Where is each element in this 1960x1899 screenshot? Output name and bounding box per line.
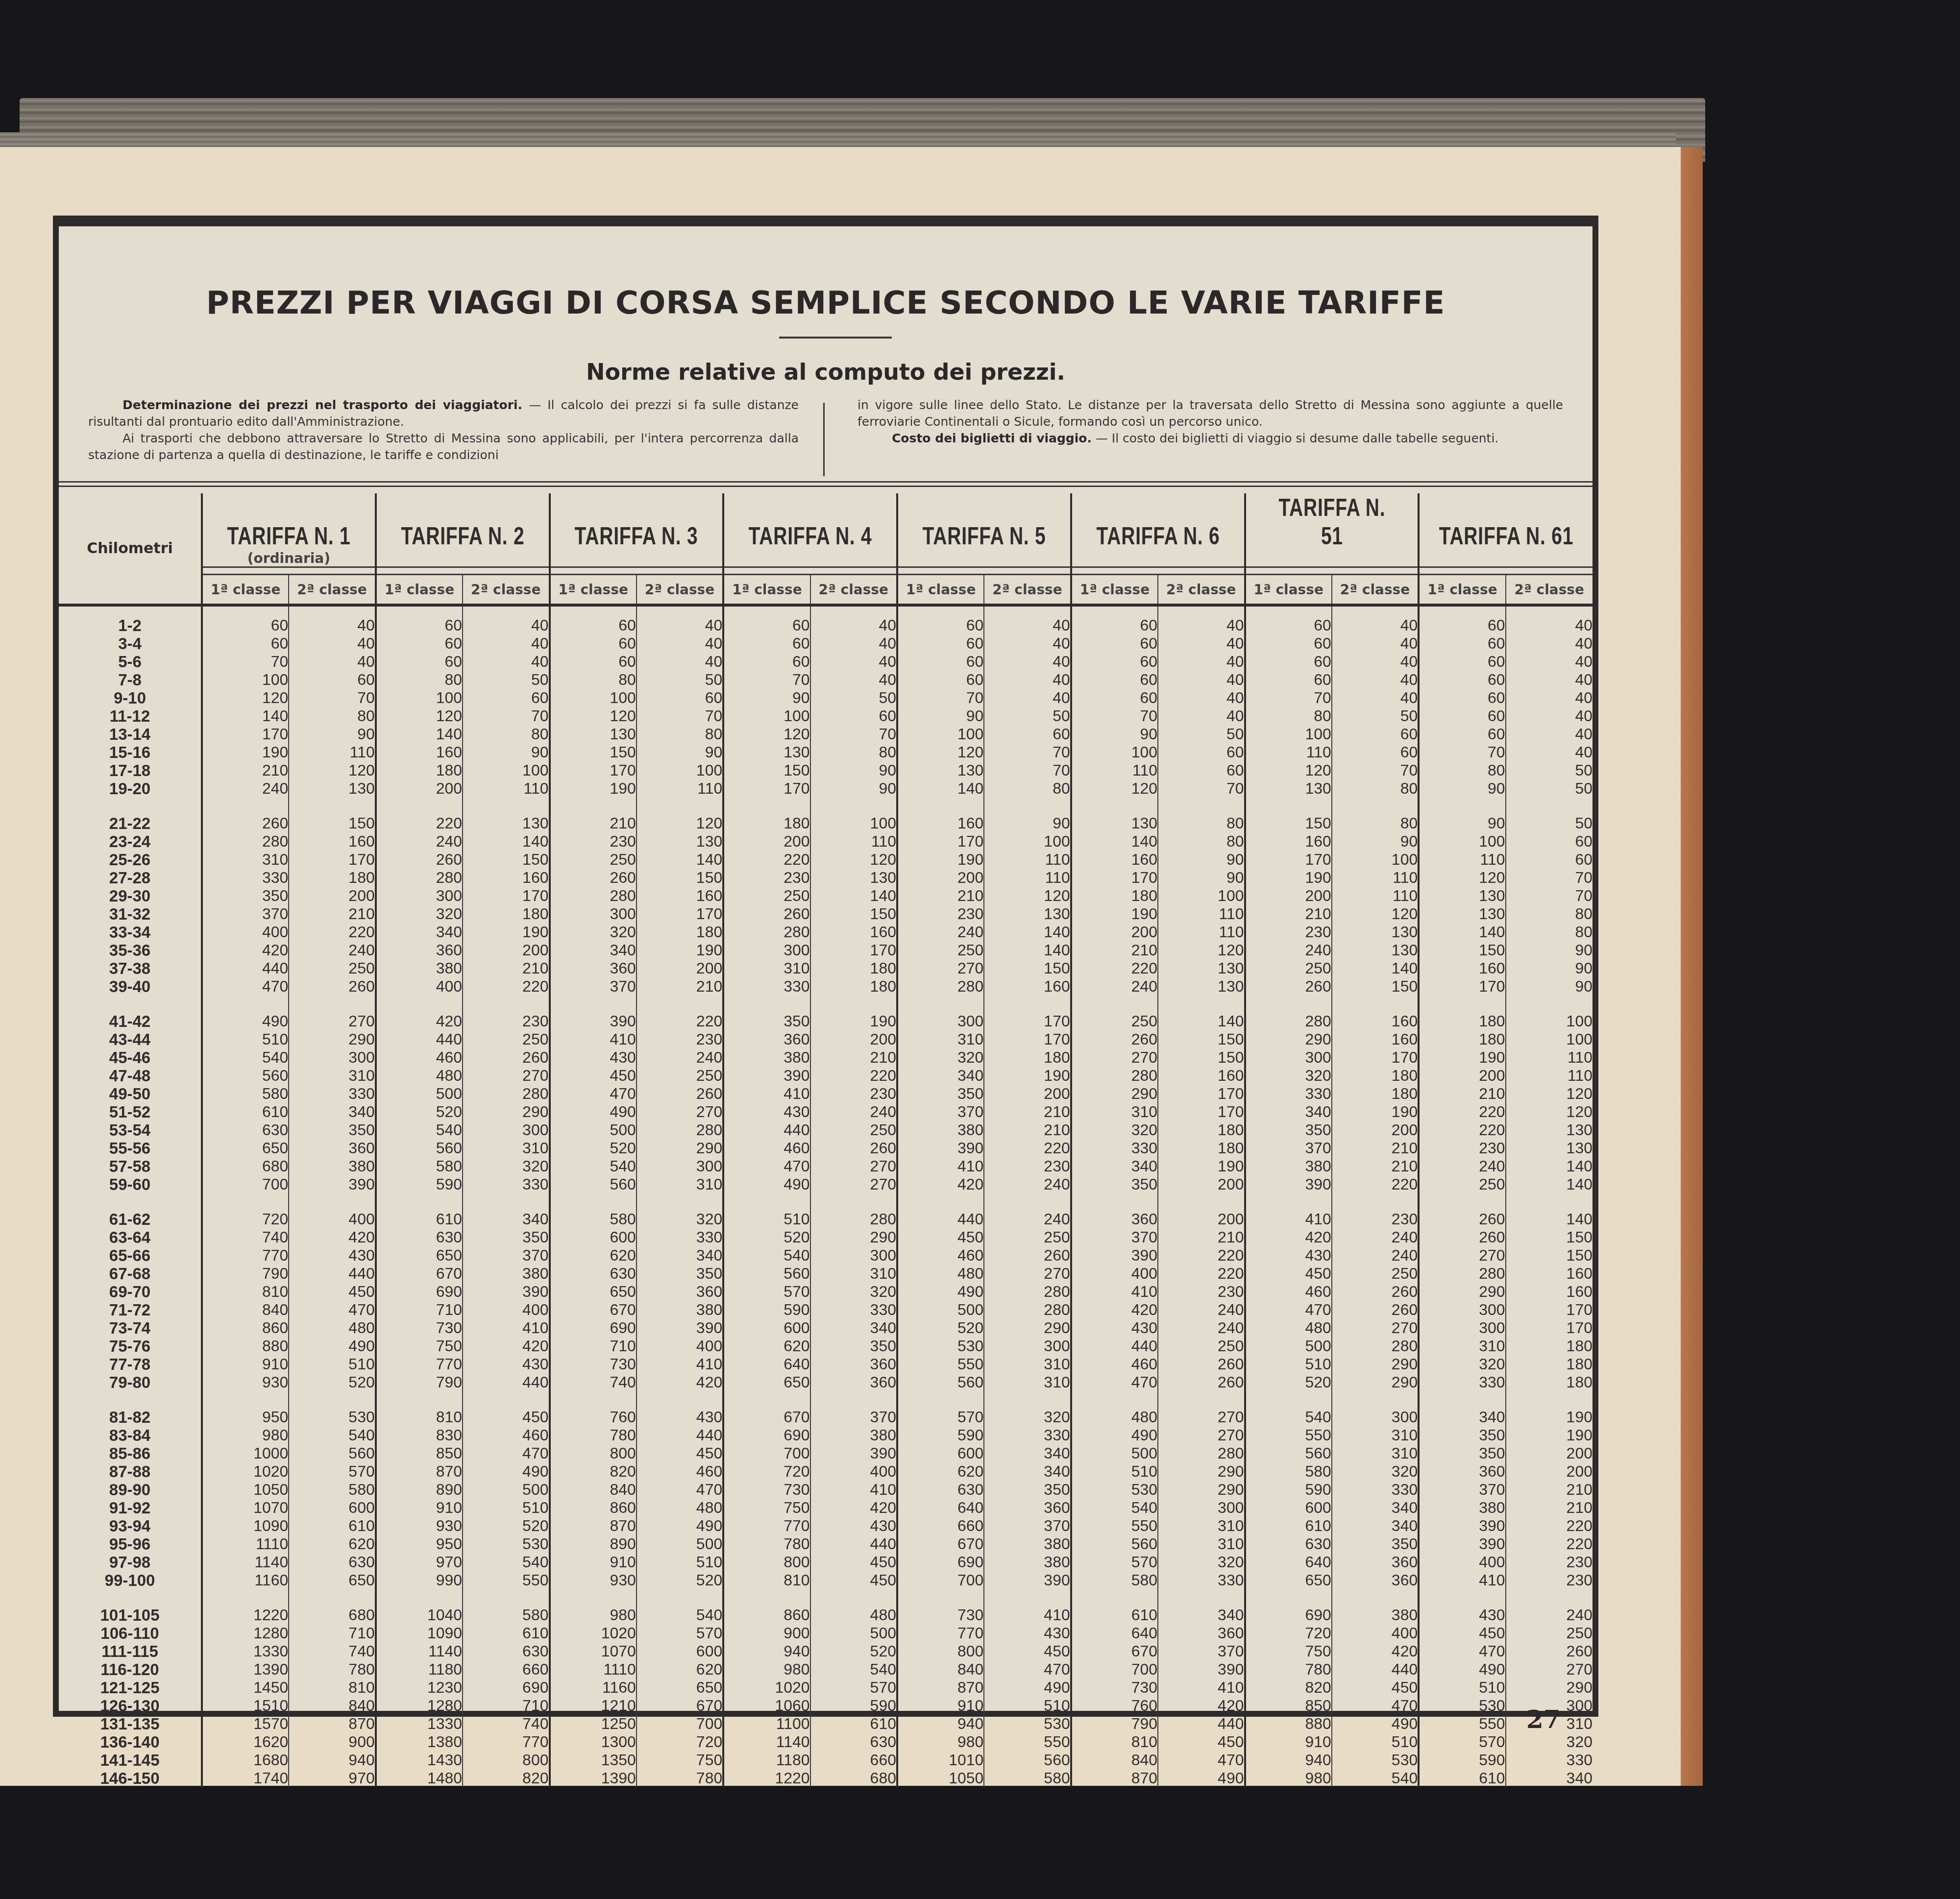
price-cell: 490 <box>1071 1426 1158 1444</box>
price-cell: 220 <box>723 851 810 869</box>
price-cell: 310 <box>1158 1535 1245 1553</box>
price-cell: 90 <box>1506 941 1592 959</box>
km-range: 39-40 <box>59 977 202 996</box>
price-cell: 220 <box>1158 1265 1245 1283</box>
price-cell: 150 <box>463 851 549 869</box>
tariff-subtitle <box>1072 550 1244 566</box>
price-cell: 860 <box>550 1499 637 1517</box>
price-cell: 270 <box>289 996 375 1030</box>
price-cell: 910 <box>1245 1733 1332 1751</box>
price-cell: 980 <box>897 1733 984 1751</box>
price-cell: 160 <box>810 923 897 941</box>
price-cell: 120 <box>1506 1085 1592 1103</box>
price-cell: 300 <box>463 1121 549 1139</box>
price-cell: 170 <box>463 887 549 905</box>
km-range: 126-130 <box>59 1697 202 1715</box>
price-cell: 60 <box>1419 634 1505 653</box>
price-cell: 150 <box>1506 1228 1592 1246</box>
price-cell: 370 <box>550 977 637 996</box>
table-row: 131-135157087013307401250700110061094053… <box>59 1715 1592 1733</box>
price-cell: 470 <box>550 1085 637 1103</box>
price-cell: 90 <box>810 779 897 798</box>
price-cell: 580 <box>1245 1462 1332 1481</box>
price-cell: 380 <box>1245 1157 1332 1175</box>
price-cell: 350 <box>637 1265 723 1283</box>
table-row: 81-8295053081045076043067037057032048027… <box>59 1391 1592 1426</box>
price-cell: 220 <box>1419 1103 1505 1121</box>
class-header-1: 1ª classe <box>723 575 810 606</box>
price-cell: 520 <box>463 1517 549 1535</box>
km-range: 11-12 <box>59 707 202 725</box>
price-cell: 250 <box>637 1067 723 1085</box>
price-cell: 460 <box>1245 1283 1332 1301</box>
price-cell: 340 <box>637 1246 723 1265</box>
table-row: 29-3035020030017028016025014021012018010… <box>59 887 1592 905</box>
price-cell: 530 <box>984 1715 1071 1733</box>
price-cell: 310 <box>202 851 289 869</box>
price-cell: 180 <box>1506 1337 1592 1355</box>
tariff-name: TARIFFA N. 4 <box>749 522 872 550</box>
price-cell: 170 <box>202 725 289 743</box>
price-cell: 250 <box>1071 996 1158 1030</box>
price-cell: 70 <box>1332 761 1419 779</box>
table-row: 37-3844025038021036020031018027015022013… <box>59 959 1592 977</box>
price-cell: 650 <box>723 1373 810 1391</box>
price-cell: 70 <box>1506 887 1592 905</box>
price-cell: 100 <box>810 798 897 832</box>
price-cell: 320 <box>376 905 463 923</box>
price-cell: 600 <box>897 1444 984 1462</box>
price-cell: 350 <box>289 1121 375 1139</box>
table-row: 5-670406040604060406040604060406040 <box>59 653 1592 671</box>
price-cell: 330 <box>202 869 289 887</box>
price-cell: 60 <box>1419 707 1505 725</box>
price-cell: 700 <box>1071 1660 1158 1679</box>
price-cell: 560 <box>1071 1535 1158 1553</box>
km-range: 35-36 <box>59 941 202 959</box>
price-cell: 450 <box>810 1553 897 1571</box>
price-cell: 790 <box>1071 1715 1158 1733</box>
price-cell: 280 <box>984 1283 1071 1301</box>
price-cell: 120 <box>202 689 289 707</box>
price-cell: 790 <box>202 1265 289 1283</box>
price-cell: 40 <box>984 689 1071 707</box>
price-cell: 80 <box>1332 798 1419 832</box>
price-cell: 340 <box>1419 1391 1505 1426</box>
price-cell: 560 <box>984 1751 1071 1769</box>
price-cell: 180 <box>1071 887 1158 905</box>
price-cell: 350 <box>1245 1121 1332 1139</box>
price-cell: 600 <box>289 1499 375 1517</box>
price-cell: 110 <box>463 779 549 798</box>
price-cell: 530 <box>463 1535 549 1553</box>
price-cell: 260 <box>289 977 375 996</box>
price-cell: 320 <box>463 1157 549 1175</box>
price-cell: 490 <box>289 1337 375 1355</box>
price-cell: 410 <box>1245 1193 1332 1228</box>
km-range: 57-58 <box>59 1157 202 1175</box>
price-cell: 60 <box>1245 671 1332 689</box>
price-cell: 180 <box>723 798 810 832</box>
price-cell: 300 <box>1419 1319 1505 1337</box>
price-cell: 200 <box>376 779 463 798</box>
km-range: 1-2 <box>59 605 202 634</box>
price-cell: 450 <box>289 1283 375 1301</box>
price-cell: 260 <box>376 851 463 869</box>
price-cell: 140 <box>637 851 723 869</box>
price-cell: 100 <box>1332 851 1419 869</box>
price-cell: 450 <box>810 1571 897 1589</box>
price-cell: 150 <box>550 743 637 761</box>
price-cell: 750 <box>376 1337 463 1355</box>
price-cell: 120 <box>550 707 637 725</box>
price-cell: 470 <box>289 1301 375 1319</box>
price-cell: 330 <box>1158 1571 1245 1589</box>
price-cell: 80 <box>984 779 1071 798</box>
table-row: 77-7891051077043073041064036055031046026… <box>59 1355 1592 1373</box>
price-cell: 410 <box>1071 1283 1158 1301</box>
price-cell: 130 <box>463 798 549 832</box>
price-cell: 40 <box>1158 671 1245 689</box>
price-cell: 740 <box>550 1373 637 1391</box>
price-cell: 120 <box>1071 779 1158 798</box>
price-cell: 290 <box>1071 1085 1158 1103</box>
price-cell: 120 <box>376 707 463 725</box>
price-cell: 910 <box>376 1499 463 1517</box>
price-cell: 300 <box>1332 1391 1419 1426</box>
price-cell: 370 <box>1158 1642 1245 1660</box>
class-header-1: 1ª classe <box>550 575 637 606</box>
price-cell: 210 <box>550 798 637 832</box>
price-cell: 200 <box>1245 887 1332 905</box>
price-cell: 460 <box>637 1462 723 1481</box>
price-cell: 190 <box>1419 1048 1505 1067</box>
price-cell: 40 <box>1332 689 1419 707</box>
price-cell: 480 <box>1071 1391 1158 1426</box>
price-cell: 80 <box>1506 923 1592 941</box>
price-cell: 390 <box>1419 1535 1505 1553</box>
price-cell: 480 <box>897 1265 984 1283</box>
price-cell: 330 <box>1332 1481 1419 1499</box>
price-cell: 230 <box>1506 1571 1592 1589</box>
table-row: 63-6474042063035060033052029045025037021… <box>59 1228 1592 1246</box>
km-range: 31-32 <box>59 905 202 923</box>
price-cell: 400 <box>1332 1624 1419 1642</box>
price-cell: 580 <box>463 1589 549 1624</box>
price-cell: 940 <box>723 1642 810 1660</box>
price-cell: 390 <box>810 1444 897 1462</box>
price-cell: 850 <box>1245 1697 1332 1715</box>
price-cell: 170 <box>1506 1301 1592 1319</box>
km-range: 49-50 <box>59 1085 202 1103</box>
price-cell: 440 <box>810 1535 897 1553</box>
price-cell: 1680 <box>202 1751 289 1769</box>
price-cell: 40 <box>810 605 897 634</box>
price-cell: 280 <box>1419 1265 1505 1283</box>
price-cell: 880 <box>1245 1715 1332 1733</box>
price-cell: 150 <box>1419 941 1505 959</box>
price-cell: 380 <box>1332 1589 1419 1624</box>
price-cell: 300 <box>289 1048 375 1067</box>
price-cell: 550 <box>984 1733 1071 1751</box>
price-cell: 40 <box>289 605 375 634</box>
price-cell: 670 <box>897 1535 984 1553</box>
price-cell: 540 <box>637 1589 723 1624</box>
price-cell: 370 <box>202 905 289 923</box>
price-cell: 60 <box>1245 634 1332 653</box>
price-cell: 200 <box>897 869 984 887</box>
price-cell: 1020 <box>550 1624 637 1642</box>
price-cell: 1180 <box>723 1751 810 1769</box>
km-range: 21-22 <box>59 798 202 832</box>
km-range: 85-86 <box>59 1444 202 1462</box>
table-row: 61-6272040061034058032051028044024036020… <box>59 1193 1592 1228</box>
price-cell: 70 <box>984 761 1071 779</box>
price-cell: 70 <box>1245 689 1332 707</box>
price-cell: 340 <box>810 1319 897 1337</box>
price-cell: 60 <box>1332 743 1419 761</box>
price-cell: 310 <box>463 1139 549 1157</box>
tariff-header-rule <box>897 567 1071 575</box>
price-cell: 220 <box>637 996 723 1030</box>
price-cell: 300 <box>897 996 984 1030</box>
price-cell: 220 <box>810 1067 897 1085</box>
price-cell: 980 <box>550 1589 637 1624</box>
price-cell: 230 <box>1332 1193 1419 1228</box>
tariff-subtitle <box>1420 550 1592 566</box>
price-cell: 190 <box>1506 1426 1592 1444</box>
table-row: 25-2631017026015025014022012019011016090… <box>59 851 1592 869</box>
price-cell: 190 <box>1245 869 1332 887</box>
price-cell: 40 <box>1332 671 1419 689</box>
price-cell: 140 <box>1419 923 1505 941</box>
price-cell: 650 <box>376 1246 463 1265</box>
price-cell: 450 <box>1245 1265 1332 1283</box>
price-cell: 50 <box>1332 707 1419 725</box>
tariff-header-4: TARIFFA N. 4 <box>723 493 897 567</box>
price-cell: 840 <box>897 1660 984 1679</box>
price-cell: 170 <box>723 779 810 798</box>
price-cell: 1050 <box>202 1481 289 1499</box>
price-cell: 1160 <box>202 1571 289 1589</box>
tariff-subtitle <box>724 550 896 566</box>
price-cell: 120 <box>897 743 984 761</box>
price-cell: 360 <box>810 1373 897 1391</box>
price-cell: 260 <box>810 1139 897 1157</box>
table-row: 65-6677043065037062034054030046026039022… <box>59 1246 1592 1265</box>
price-cell: 530 <box>1419 1697 1505 1715</box>
price-cell: 340 <box>376 923 463 941</box>
price-cell: 580 <box>984 1769 1071 1787</box>
class-header-2: 2ª classe <box>289 575 375 606</box>
price-cell: 640 <box>1071 1624 1158 1642</box>
price-cell: 390 <box>1158 1660 1245 1679</box>
tariff-name: TARIFFA N. 51 <box>1265 493 1399 550</box>
table-row: 57-5868038058032054030047027041023034019… <box>59 1157 1592 1175</box>
price-cell: 250 <box>984 1228 1071 1246</box>
price-cell: 430 <box>810 1517 897 1535</box>
price-cell: 80 <box>463 725 549 743</box>
class-header-1: 1ª classe <box>1071 575 1158 606</box>
price-cell: 320 <box>1071 1121 1158 1139</box>
price-cell: 60 <box>1419 653 1505 671</box>
price-cell: 130 <box>1158 977 1245 996</box>
km-range: 7-8 <box>59 671 202 689</box>
tariff-subtitle: (ordinaria) <box>203 550 375 566</box>
price-cell: 830 <box>376 1426 463 1444</box>
price-cell: 670 <box>637 1697 723 1715</box>
price-cell: 470 <box>1158 1751 1245 1769</box>
price-cell: 100 <box>897 725 984 743</box>
price-cell: 140 <box>984 941 1071 959</box>
price-cell: 40 <box>984 605 1071 634</box>
price-cell: 990 <box>376 1571 463 1589</box>
price-cell: 710 <box>376 1301 463 1319</box>
price-cell: 510 <box>1071 1462 1158 1481</box>
price-cell: 330 <box>984 1426 1071 1444</box>
price-cell: 290 <box>637 1139 723 1157</box>
price-cell: 900 <box>723 1624 810 1642</box>
norme-text-stretto: Ai trasporti che debbono attraversare lo… <box>88 430 799 463</box>
price-cell: 120 <box>810 851 897 869</box>
km-range: 43-44 <box>59 1030 202 1048</box>
price-cell: 610 <box>289 1517 375 1535</box>
price-cell: 210 <box>637 977 723 996</box>
price-cell: 510 <box>984 1697 1071 1715</box>
price-cell: 290 <box>1332 1355 1419 1373</box>
price-cell: 210 <box>289 905 375 923</box>
price-cell: 210 <box>1506 1499 1592 1517</box>
price-cell: 60 <box>550 634 637 653</box>
price-cell: 270 <box>1419 1246 1505 1265</box>
price-cell: 440 <box>463 1373 549 1391</box>
price-cell: 110 <box>637 779 723 798</box>
price-cell: 400 <box>289 1193 375 1228</box>
price-cell: 200 <box>1158 1193 1245 1228</box>
table-row: 21-2226015022013021012018010016090130801… <box>59 798 1592 832</box>
price-cell: 70 <box>897 689 984 707</box>
price-cell: 250 <box>723 887 810 905</box>
km-range: 37-38 <box>59 959 202 977</box>
price-cell: 60 <box>1158 761 1245 779</box>
km-range: 29-30 <box>59 887 202 905</box>
price-cell: 690 <box>463 1679 549 1697</box>
price-cell: 310 <box>810 1265 897 1283</box>
price-cell: 150 <box>289 798 375 832</box>
price-cell: 540 <box>810 1660 897 1679</box>
price-cell: 380 <box>637 1301 723 1319</box>
price-cell: 310 <box>1158 1517 1245 1535</box>
class-header-2: 2ª classe <box>463 575 549 606</box>
price-cell: 420 <box>1158 1697 1245 1715</box>
price-cell: 390 <box>1245 1175 1332 1193</box>
price-cell: 510 <box>723 1193 810 1228</box>
table-row: 93-9410906109305208704907704306603705503… <box>59 1517 1592 1535</box>
km-range: 89-90 <box>59 1481 202 1499</box>
price-cell: 110 <box>1332 869 1419 887</box>
price-cell: 980 <box>723 1660 810 1679</box>
price-cell: 460 <box>1071 1355 1158 1373</box>
price-cell: 120 <box>1158 941 1245 959</box>
price-cell: 500 <box>550 1121 637 1139</box>
price-cell: 250 <box>810 1121 897 1139</box>
price-cell: 180 <box>376 761 463 779</box>
price-cell: 150 <box>1158 1048 1245 1067</box>
price-cell: 210 <box>463 959 549 977</box>
price-cell: 520 <box>637 1571 723 1589</box>
price-cell: 360 <box>289 1139 375 1157</box>
price-cell: 720 <box>637 1733 723 1751</box>
price-cell: 110 <box>1506 1048 1592 1067</box>
table-row: 45-4654030046026043024038021032018027015… <box>59 1048 1592 1067</box>
price-cell: 750 <box>723 1499 810 1517</box>
price-cell: 300 <box>984 1337 1071 1355</box>
price-cell: 500 <box>463 1481 549 1499</box>
price-cell: 470 <box>984 1660 1071 1679</box>
price-cell: 40 <box>289 653 375 671</box>
price-cell: 60 <box>1506 832 1592 851</box>
price-cell: 150 <box>984 959 1071 977</box>
km-range: 91-92 <box>59 1499 202 1517</box>
price-cell: 90 <box>723 689 810 707</box>
page-number: 27 <box>1526 1705 1561 1734</box>
price-cell: 590 <box>897 1426 984 1444</box>
price-cell: 330 <box>810 1301 897 1319</box>
price-cell: 510 <box>202 1030 289 1048</box>
price-cell: 440 <box>1332 1660 1419 1679</box>
price-cell: 650 <box>1245 1571 1332 1589</box>
class-header-1: 1ª classe <box>202 575 289 606</box>
price-cell: 330 <box>1245 1085 1332 1103</box>
price-cell: 750 <box>1245 1642 1332 1660</box>
price-cell: 110 <box>1419 851 1505 869</box>
price-cell: 70 <box>463 707 549 725</box>
price-cell: 180 <box>810 977 897 996</box>
tariff-subtitle <box>377 550 549 566</box>
price-cell: 90 <box>1071 725 1158 743</box>
price-cell: 490 <box>463 1462 549 1481</box>
price-cell: 970 <box>376 1553 463 1571</box>
table-row: 55-5665036056031052029046026039022033018… <box>59 1139 1592 1157</box>
price-cell: 610 <box>1245 1517 1332 1535</box>
price-cell: 60 <box>1158 743 1245 761</box>
price-cell: 140 <box>1158 996 1245 1030</box>
price-cell: 510 <box>289 1355 375 1373</box>
price-cell: 430 <box>1071 1319 1158 1337</box>
price-cell: 260 <box>1419 1193 1505 1228</box>
tariff-header-7: TARIFFA N. 51 <box>1245 493 1419 567</box>
price-cell: 690 <box>723 1426 810 1444</box>
price-cell: 230 <box>463 996 549 1030</box>
price-cell: 170 <box>810 941 897 959</box>
price-cell: 700 <box>723 1444 810 1462</box>
price-cell: 140 <box>1332 959 1419 977</box>
price-cell: 40 <box>810 634 897 653</box>
price-cell: 140 <box>376 725 463 743</box>
price-cell: 360 <box>723 1030 810 1048</box>
price-cell: 230 <box>637 1030 723 1048</box>
price-cell: 150 <box>637 869 723 887</box>
price-cell: 910 <box>550 1553 637 1571</box>
table-row: 136-140162090013807701300720114063098055… <box>59 1733 1592 1751</box>
tariff-name: TARIFFA N. 6 <box>1096 522 1220 550</box>
price-cell: 580 <box>376 1157 463 1175</box>
table-row: 116-120139078011806601110620980540840470… <box>59 1660 1592 1679</box>
price-cell: 200 <box>984 1085 1071 1103</box>
price-cell: 520 <box>550 1139 637 1157</box>
km-range: 63-64 <box>59 1228 202 1246</box>
price-cell: 820 <box>550 1462 637 1481</box>
